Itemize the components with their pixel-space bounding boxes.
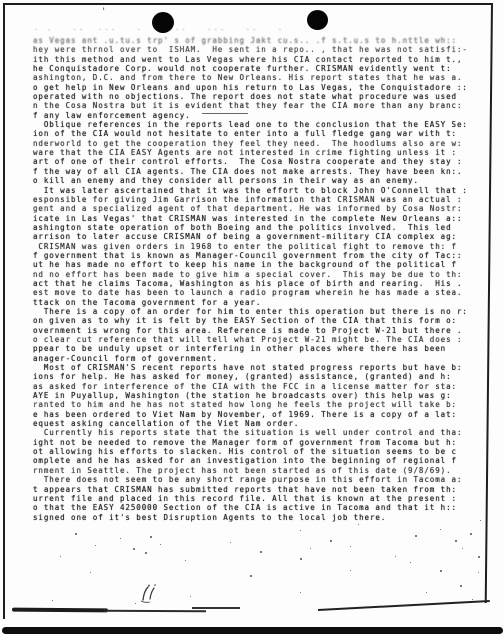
toner-speck — [480, 520, 481, 521]
document-line: o that the EASY 4250000 Section of the C… — [33, 503, 475, 512]
document-line: ashington, D.C. and from there to New Or… — [33, 73, 475, 82]
document-line: he Conquistadore Corp. would not coopera… — [33, 64, 475, 73]
document-line: There is a copy of an order for him to e… — [33, 307, 475, 316]
document-line: ight not be needed to remove the Manager… — [33, 438, 475, 447]
document-line: ranted to him and he has not stated how … — [33, 400, 475, 409]
toner-speck — [300, 592, 301, 593]
toner-speck — [358, 524, 359, 525]
toner-speck — [350, 546, 351, 547]
document-line: urrent file and placed in this record fi… — [33, 494, 475, 503]
toner-speck — [426, 592, 427, 593]
toner-speck — [350, 570, 351, 571]
document-line: f the way of all CIA agents. The CIA doe… — [33, 167, 475, 176]
underline-mark — [202, 113, 248, 114]
document-line: ith this method and went to Las Vegas wh… — [33, 55, 475, 64]
toner-speck — [250, 575, 252, 577]
document-line: ot allowing his efforts to slacken. His … — [33, 447, 475, 456]
document-line: rnment in Seattle. The project has not b… — [33, 466, 475, 475]
toner-speck — [260, 551, 262, 553]
typewritten-text: as Vegas ant .u.tu.s trp' s of grabbing … — [33, 36, 475, 522]
document-line: AYE in Puyallup, Washington (the station… — [33, 391, 475, 400]
toner-speck — [440, 570, 442, 572]
toner-speck — [190, 596, 191, 597]
document-line: equest asking cancellation of the Viet N… — [33, 419, 475, 428]
toner-speck — [330, 540, 332, 542]
document-line: hey were thrnol over to ISHAM. He sent i… — [33, 45, 475, 54]
document-line: esponsible for giving Jim Garrison the i… — [33, 195, 475, 204]
document-line: o kill an enemy and they consider all pe… — [33, 176, 475, 185]
handwritten-mark — [137, 582, 163, 604]
document-line: It was later ascertained that it was the… — [33, 186, 475, 195]
toner-speck — [160, 544, 161, 545]
toner-speck — [415, 535, 417, 537]
toner-speck — [52, 600, 53, 601]
toner-speck — [95, 545, 96, 546]
document-line: ttack on the Tacoma government for a yea… — [33, 298, 475, 307]
scan-frame-top-edge — [3, 3, 492, 5]
toner-speck — [460, 585, 462, 587]
toner-speck — [185, 560, 186, 561]
document-line: act that he claims Tacoma, Washington as… — [33, 279, 475, 288]
document-line: ut he has made no effort to keep his nam… — [33, 260, 475, 269]
document-line: There does not seem to be any short rang… — [33, 475, 475, 484]
document-line: anager-Council form of government. — [33, 354, 475, 363]
scan-frame-right-edge — [485, 3, 493, 603]
toner-speck — [310, 548, 311, 549]
document-line: ware that the CIA EASY Agents are not in… — [33, 148, 475, 157]
toner-speck — [90, 572, 91, 573]
document-line: ashington state operation of both Boeing… — [33, 223, 475, 232]
document-line: ion of the CIA would not hesitate to ent… — [33, 129, 475, 138]
toner-speck — [410, 562, 411, 563]
document-line: as asked for interference of the CIA wit… — [33, 382, 475, 391]
document-line: ppear to be unduly upset or interfering … — [33, 344, 475, 353]
toner-speck — [60, 556, 61, 557]
document-line: arrison to later accuse CRISMAN of being… — [33, 232, 475, 241]
toner-speck — [150, 536, 152, 538]
document-line: operated with no objections. The report … — [33, 92, 475, 101]
document-line: n the Cosa Nostra but it is evident that… — [33, 101, 475, 110]
document-line: omplete and he has asked for an investig… — [33, 456, 475, 465]
toner-speck — [300, 530, 301, 531]
document-line: on given as to why it is felt by the EAS… — [33, 316, 475, 325]
toner-speck — [472, 599, 473, 600]
smudge-row: · - ·· ··· · ··· ··- ·· · — [34, 26, 479, 34]
document-line: CRISMAN was given orders in 1968 to ente… — [33, 242, 475, 251]
document-line: nderworld to get the cooperation they fe… — [33, 139, 475, 148]
document-line: est move to date has been to launch a ra… — [33, 288, 475, 297]
toner-speck — [395, 556, 396, 557]
toner-speck — [470, 533, 472, 535]
document-line: signed one of it's best Disruption Agent… — [33, 513, 475, 522]
toner-speck — [120, 538, 121, 539]
document-line: Currently his reports state that the sit… — [33, 428, 475, 437]
paper-bottom-edge-mark — [192, 607, 240, 609]
paper-bottom-edge-mark — [12, 608, 108, 613]
toner-speck — [135, 603, 136, 604]
document-line: Most of CRISMAN'S recent reports have no… — [33, 363, 475, 372]
document-line: overnment is wrong for this area. Refere… — [33, 326, 475, 335]
toner-speck — [145, 552, 147, 554]
toner-speck — [440, 529, 441, 530]
scan-frame-bottom-edge — [2, 627, 503, 634]
document-line: icate in Las Vegas' that CRISMAN was int… — [33, 214, 475, 223]
toner-speck — [75, 533, 77, 535]
toner-speck — [455, 540, 457, 542]
toner-speck — [300, 558, 302, 560]
stray-ink-tick: ' — [101, 7, 106, 17]
scan-frame-left-edge — [3, 3, 5, 619]
toner-speck — [462, 548, 463, 549]
document-line: nd no effort has been made to give him a… — [33, 270, 475, 279]
document-line: gent and a specialized agent of that dep… — [33, 204, 475, 213]
document-line: f government that is known as Manager-Co… — [33, 251, 475, 260]
document-line: art of one of their control efforts. The… — [33, 157, 475, 166]
document-line: o clear cut reference that will tell wha… — [33, 335, 475, 344]
scanned-document-page: ' · - ·· ··· · ··· ··- ·· · as Vegas ant… — [0, 0, 504, 639]
document-line: ions for help. He has asked for money, (… — [33, 372, 475, 381]
paper-bottom-edge-mark — [104, 610, 206, 612]
document-line: f any law enforcement agency. — [33, 111, 475, 120]
toner-speck — [478, 572, 479, 573]
document-line: e has been ordered to Viet Nam by Novemb… — [33, 410, 475, 419]
toner-speck — [133, 548, 135, 550]
toner-speck — [478, 556, 480, 558]
document-line: Oblique references in the reports lead o… — [33, 120, 475, 129]
document-line: o get help in New Orleans and upon his r… — [33, 83, 475, 92]
document-line: t appears that CRISMAN has submitted rep… — [33, 485, 475, 494]
toner-speck — [230, 542, 231, 543]
document-line: as Vegas ant .u.tu.s trp' s of grabbing … — [33, 36, 475, 45]
paper-bottom-edge-mark — [318, 600, 490, 611]
